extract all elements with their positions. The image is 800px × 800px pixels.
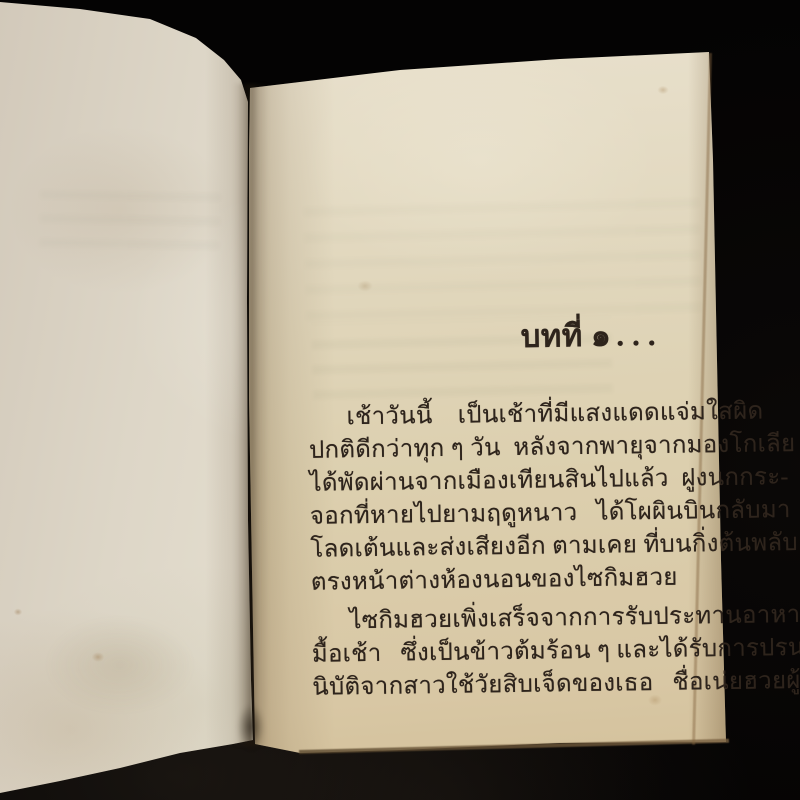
- book-gutter-bottom-shadow: [234, 698, 268, 756]
- text-line: ตรงหน้าต่างห้องนอนของไซกิมฮวย: [299, 561, 711, 600]
- book-gutter-shadow: [233, 84, 269, 746]
- chapter-heading-text: บทที่ ๑: [520, 318, 611, 354]
- chapter-heading-dots: ...: [616, 317, 664, 353]
- paragraph-2: ไซกิมฮวยเพิ่งเสร็จจากการรับประทานอาหาร ม…: [299, 600, 712, 705]
- open-book-photo: บทที่ ๑... เช้าวันนี้ เป็นเช้าที่มีแสงแด…: [0, 0, 800, 800]
- text-showthrough: [39, 176, 220, 249]
- chapter-heading: บทที่ ๑...: [295, 312, 708, 362]
- paper-stain: [20, 600, 220, 730]
- page-text-block: บทที่ ๑... เช้าวันนี้ เป็นเช้าที่มีแสงแด…: [295, 300, 713, 705]
- paragraph-1: เช้าวันนี้ เป็นเช้าที่มีแสงแดดแจ่มใสผิด …: [296, 396, 711, 600]
- text-line: นิบัติจากสาวใช้วัยสิบเจ็ดของเธอ ชื่อเน่ย…: [300, 666, 712, 705]
